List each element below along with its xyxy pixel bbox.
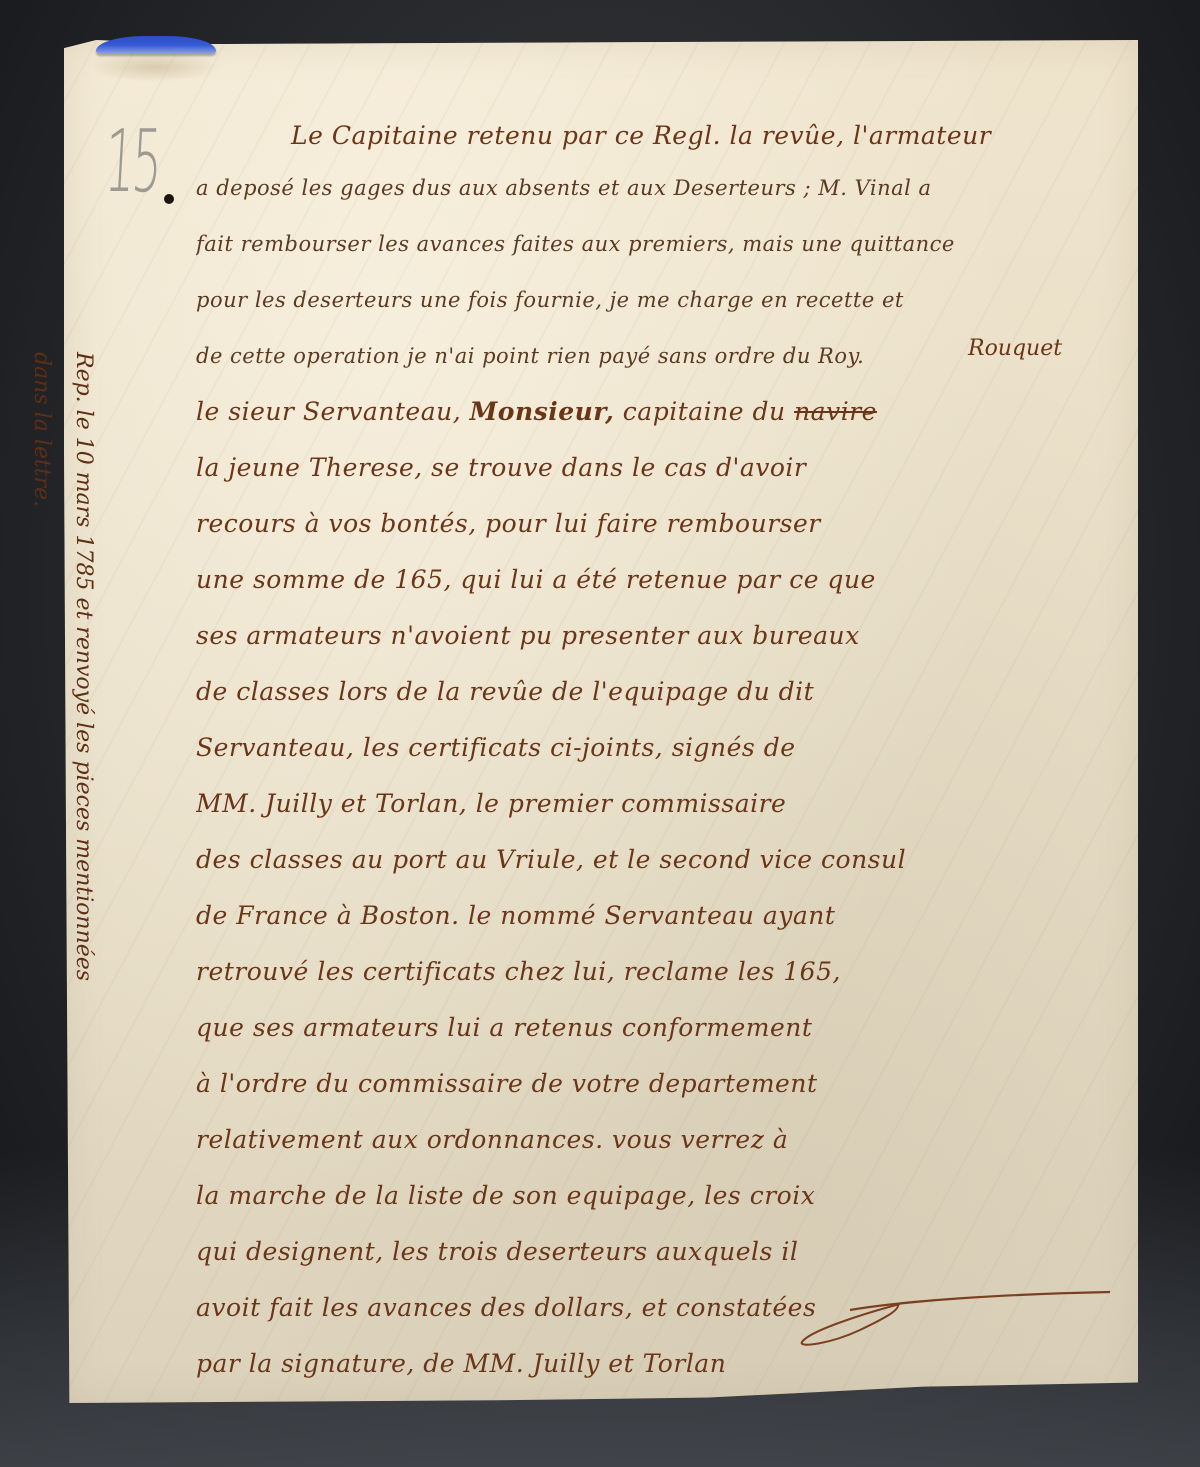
letter-line: la jeune Therese, se trouve dans le cas … xyxy=(196,440,1136,496)
letter-line: que ses armateurs lui a retenus conforme… xyxy=(196,1000,1136,1056)
letter-text: capitaine du xyxy=(623,397,786,426)
letter-line: à l'ordre du commissaire de votre depart… xyxy=(196,1056,1136,1112)
letter-line: qui designent, les trois deserteurs auxq… xyxy=(196,1224,1136,1280)
letter-line: fait rembourser les avances faites aux p… xyxy=(196,216,1136,272)
margin-line: Rep. le 10 mars 1785 et renvoyé les piec… xyxy=(62,352,104,1232)
ink-blot xyxy=(164,194,174,204)
letter-line: recours à vos bontés, pour lui faire rem… xyxy=(196,496,1136,552)
letter-line: de France à Boston. le nommé Servanteau … xyxy=(196,888,1136,944)
letter-line: des classes au port au Vriule, et le sec… xyxy=(196,832,1136,888)
letter-line: la marche de la liste de son equipage, l… xyxy=(196,1168,1136,1224)
interlinear-insertion: Rouquet xyxy=(968,336,1062,361)
margin-line: dans la lettre. xyxy=(20,352,62,1232)
letter-line: a deposé les gages dus aux absents et au… xyxy=(196,160,1136,216)
letter-line: de classes lors de la revûe de l'equipag… xyxy=(196,664,1136,720)
letter-line: relativement aux ordonnances. vous verre… xyxy=(196,1112,1136,1168)
letter-line: pour les deserteurs une fois fournie, je… xyxy=(196,272,1136,328)
letter-body: Le Capitaine retenu par ce Regl. la revû… xyxy=(196,112,1136,1392)
letter-line: ses armateurs n'avoient pu presenter aux… xyxy=(196,608,1136,664)
letter-line-salutation: le sieur Servanteau, Monsieur, capitaine… xyxy=(196,384,1136,440)
letter-line: Le Capitaine retenu par ce Regl. la revû… xyxy=(196,112,1136,160)
struck-word: navire xyxy=(794,397,877,426)
letter-line: Servanteau, les certificats ci-joints, s… xyxy=(196,720,1136,776)
wax-seal-fragment xyxy=(96,36,216,54)
letter-line: MM. Juilly et Torlan, le premier commiss… xyxy=(196,776,1136,832)
margin-annotation: Rep. le 10 mars 1785 et renvoyé les piec… xyxy=(4,352,104,1232)
letter-line: une somme de 165, qui lui a été retenue … xyxy=(196,552,1136,608)
signature-flourish xyxy=(790,1290,1120,1350)
pencil-folio-number: 15 xyxy=(102,112,161,212)
letter-line: retrouvé les certificats chez lui, recla… xyxy=(196,944,1136,1000)
letter-text: le sieur Servanteau, xyxy=(196,397,461,426)
seal-stain xyxy=(90,52,220,82)
salutation: Monsieur, xyxy=(470,397,615,426)
